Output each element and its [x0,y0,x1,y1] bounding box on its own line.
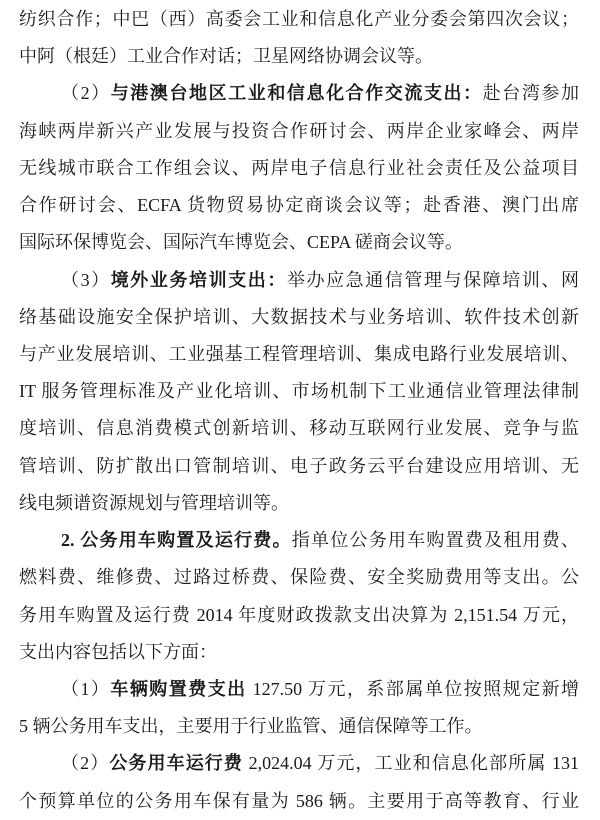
text-line: 纺织合作；中巴（西）高委会工业和信息化产业分委会第四次会议； [19,1,579,38]
text-run: 127.50 万元，系部属单位按照规定新增 [247,679,579,699]
text-line: 线电频谱资源规划与管理培训等。 [19,485,579,522]
text-line: 管培训、防扩散出口管制培训、电子政务云平台建设应用培训、无 [19,448,579,485]
text-run: IT 服务管理标准及产业化培训、市场机制下工业通信业管理法律制 [19,381,579,401]
text-line: 度培训、信息消费模式创新培训、移动互联网行业发展、竞争与监 [19,410,579,447]
text-run: （3） [61,270,111,290]
text-run: 度培训、信息消费模式创新培训、移动互联网行业发展、竞争与监 [19,418,579,438]
text-line: 务用车购置及运行费 2014 年度财政拨款支出决算为 2,151.54 万元， [19,597,579,634]
text-line: 支出内容包括以下方面： [19,634,579,671]
bold-text-run: 与港澳台地区工业和信息化合作交流支出： [111,83,483,103]
bold-text-run: 2. 公务用车购置及运行费。 [61,530,292,550]
text-run: 国际环保博览会、国际汽车博览会、CEPA 磋商会议等。 [19,232,463,252]
text-run: 管培训、防扩散出口管制培训、电子政务云平台建设应用培训、无 [19,456,579,476]
text-line: 海峡两岸新兴产业发展与投资合作研讨会、两岸企业家峰会、两岸 [19,113,579,150]
paragraph-start-line: （1）车辆购置费支出 127.50 万元，系部属单位按照规定新增 [19,671,579,708]
document-page: 纺织合作；中巴（西）高委会工业和信息化产业分委会第四次会议；中阿（根廷）工业合作… [0,0,600,820]
text-line: 燃料费、维修费、过路过桥费、保险费、安全奖励费用等支出。公 [19,559,579,596]
text-run: 举办应急通信管理与保障培训、网 [287,270,579,290]
paragraph-start-line: 2. 公务用车购置及运行费。指单位公务用车购置费及租用费、 [19,522,579,559]
text-line: 5 辆公务用车支出，主要用于行业监管、通信保障等工作。 [19,708,579,745]
text-run: 络基础设施安全保护培训、大数据技术与业务培训、软件技术创新 [19,307,579,327]
text-run: 5 辆公务用车支出，主要用于行业监管、通信保障等工作。 [19,716,483,736]
text-run: 海峡两岸新兴产业发展与投资合作研讨会、两岸企业家峰会、两岸 [19,121,579,141]
text-run: 中阿（根廷）工业合作对话；卫星网络协调会议等。 [19,46,433,66]
paragraph-start-line: （2）与港澳台地区工业和信息化合作交流支出：赴台湾参加 [19,75,579,112]
text-line: 个预算单位的公务用车保有量为 586 辆。主要用于高等教育、行业 [19,783,579,820]
text-line: IT 服务管理标准及产业化培训、市场机制下工业通信业管理法律制 [19,373,579,410]
text-run: （2） [61,83,111,103]
text-run: 纺织合作；中巴（西）高委会工业和信息化产业分委会第四次会议； [19,9,579,29]
text-run: 无线城市联合工作组会议、两岸电子信息行业社会责任及公益项目 [19,158,579,178]
text-run: 赴台湾参加 [483,83,579,103]
text-run: （2） [61,753,109,773]
text-line: 与产业发展培训、工业强基工程管理培训、集成电路行业发展培训、 [19,336,579,373]
text-line: 无线城市联合工作组会议、两岸电子信息行业社会责任及公益项目 [19,150,579,187]
text-run: 线电频谱资源规划与管理培训等。 [19,493,289,513]
text-line: 国际环保博览会、国际汽车博览会、CEPA 磋商会议等。 [19,224,579,261]
bold-text-run: 境外业务培训支出： [111,270,287,290]
document-body: 纺织合作；中巴（西）高委会工业和信息化产业分委会第四次会议；中阿（根廷）工业合作… [19,1,579,820]
text-run: 指单位公务用车购置费及租用费、 [292,530,579,550]
text-run: 2,024.04 万元，工业和信息化部所属 131 [243,753,579,773]
text-line: 合作研讨会、ECFA 货物贸易协定商谈会议等；赴香港、澳门出席 [19,187,579,224]
text-run: 与产业发展培训、工业强基工程管理培训、集成电路行业发展培训、 [19,344,579,364]
bold-text-run: 车辆购置费支出 [110,679,246,699]
text-run: 燃料费、维修费、过路过桥费、保险费、安全奖励费用等支出。公 [19,567,579,587]
paragraph-start-line: （3）境外业务培训支出：举办应急通信管理与保障培训、网 [19,262,579,299]
text-run: 务用车购置及运行费 2014 年度财政拨款支出决算为 2,151.54 万元， [19,605,579,625]
text-run: 个预算单位的公务用车保有量为 586 辆。主要用于高等教育、行业 [19,791,579,811]
text-run: 支出内容包括以下方面： [19,642,217,662]
text-line: 络基础设施安全保护培训、大数据技术与业务培训、软件技术创新 [19,299,579,336]
text-run: 合作研讨会、ECFA 货物贸易协定商谈会议等；赴香港、澳门出席 [19,195,579,215]
text-run: （1） [61,679,110,699]
text-line: 中阿（根廷）工业合作对话；卫星网络协调会议等。 [19,38,579,75]
paragraph-start-line: （2）公务用车运行费 2,024.04 万元，工业和信息化部所属 131 [19,745,579,782]
bold-text-run: 公务用车运行费 [109,753,243,773]
